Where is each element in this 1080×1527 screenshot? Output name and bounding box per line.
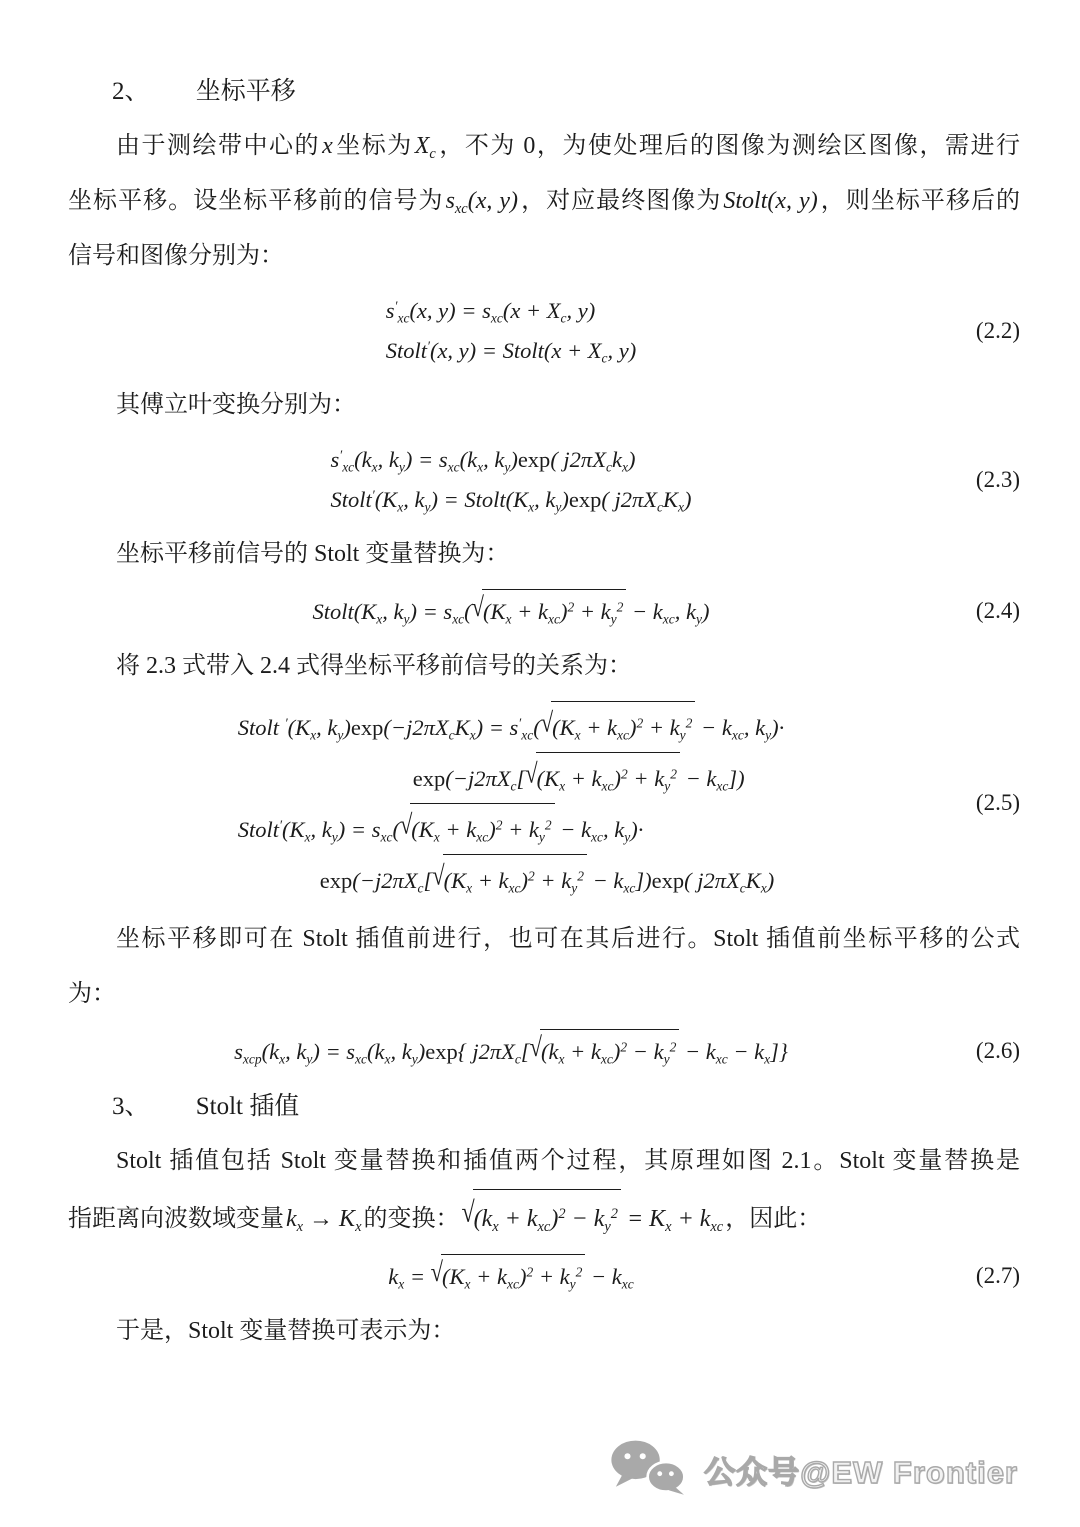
formula-line: s′xc(kx, ky) = sxc(kx, ky)exp( j2πXckx) [330, 440, 691, 480]
text-run: 由于测绘带中心的 [116, 133, 320, 159]
text-run: ，则坐标平移后的 [820, 188, 1020, 214]
equation-2-2: s′xc(x, y) = sxc(x + Xc, y)Stolt′(x, y) … [68, 291, 1020, 371]
text-run: 将 2.3 式带入 2.4 式得坐标平移前信号的关系为： [116, 653, 632, 679]
equation-number: (2.7) [954, 1263, 1020, 1289]
equation-body: Stolt(Kx, ky) = sxc(√(Kx + kxc)2 + ky2 −… [312, 589, 709, 632]
formula-line: kx = √(Kx + kxc)2 + ky2 − kxc [388, 1254, 634, 1297]
text-line: 由于测绘带中心的x坐标为Xc，不为 0，为使处理后的图像为测绘区图像，需进行 [68, 119, 1020, 174]
text-run: 的变换： [363, 1206, 459, 1232]
text-line: 其傅立叶变换分别为： [68, 378, 1020, 433]
formula-line: Stolt′(Kx, ky) = Stolt(Kx, ky)exp( j2πXc… [330, 480, 691, 520]
text-run: Stolt 插值包括 Stolt 变量替换和插值两个过程，其原理如图 2.1。S… [116, 1148, 1020, 1174]
equation-body: Stolt ′(Kx, ky)exp(−j2πXcKx) = s′xc(√(Kx… [238, 701, 784, 905]
inline-formula: x [320, 133, 335, 159]
section-number: 2、 [112, 64, 150, 119]
equation-number: (2.2) [954, 318, 1020, 344]
paragraph-shift: 坐标平移即可在 Stolt 插值前进行，也可在其后进行。Stolt 插值前坐标平… [68, 912, 1020, 1022]
text-run: 信号和图像分别为： [68, 243, 284, 269]
text-run: 为： [68, 981, 116, 1007]
section-heading-3: 3、 Stolt 插值 [68, 1079, 1020, 1134]
text-line: 坐标平移即可在 Stolt 插值前进行，也可在其后进行。Stolt 插值前坐标平… [68, 912, 1020, 967]
document-page: 2、 坐标平移 由于测绘带中心的x坐标为Xc，不为 0，为使处理后的图像为测绘区… [0, 0, 1080, 1527]
watermark-text: 公众号@EW Frontier [704, 1447, 1018, 1492]
text-run: 其傅立叶变换分别为： [116, 392, 356, 418]
text-line: 为： [68, 967, 1020, 1022]
lead-substitute: 将 2.3 式带入 2.4 式得坐标平移前信号的关系为： [68, 639, 1020, 694]
text-run: ，因此： [725, 1206, 821, 1232]
text-line: 指距离向波数域变量kx → Kx的变换：√(kx + kxc)2 − ky2 =… [68, 1189, 1020, 1247]
text-line: Stolt 插值包括 Stolt 变量替换和插值两个过程，其原理如图 2.1。S… [68, 1134, 1020, 1189]
formula-line: exp(−j2πXc[√(Kx + kxc)2 + ky2 − kxc])exp… [320, 854, 784, 905]
inline-formula: Xc [413, 133, 438, 159]
formula-line: Stolt(Kx, ky) = sxc(√(Kx + kxc)2 + ky2 −… [312, 589, 709, 632]
formula-line: Stolt′(x, y) = Stolt(x + Xc, y) [386, 331, 637, 371]
equation-body: kx = √(Kx + kxc)2 + ky2 − kxc [388, 1254, 634, 1297]
equation-2-7: kx = √(Kx + kxc)2 + ky2 − kxc (2.7) [68, 1254, 1020, 1297]
text-run: 坐标平移即可在 Stolt 插值前进行，也可在其后进行。Stolt 插值前坐标平… [116, 926, 1020, 952]
equation-2-5: Stolt ′(Kx, ky)exp(−j2πXcKx) = s′xc(√(Kx… [68, 701, 1020, 905]
inline-formula: kx → Kx [284, 1206, 363, 1232]
formula-line: Stolt ′(Kx, ky)exp(−j2πXcKx) = s′xc(√(Kx… [238, 701, 784, 752]
section-number: 3、 [112, 1079, 150, 1134]
formula-line: Stolt′(Kx, ky) = sxc(√(Kx + kxc)2 + ky2 … [238, 803, 784, 854]
text-run: 于是，Stolt 变量替换可表示为： [116, 1318, 455, 1344]
wechat-icon [606, 1438, 692, 1501]
paragraph-stolt-interp: Stolt 插值包括 Stolt 变量替换和插值两个过程，其原理如图 2.1。S… [68, 1134, 1020, 1247]
section-title: Stolt 插值 [196, 1079, 300, 1134]
equation-2-4: Stolt(Kx, ky) = sxc(√(Kx + kxc)2 + ky2 −… [68, 589, 1020, 632]
watermark: 公众号@EW Frontier [606, 1438, 1018, 1501]
text-run: ，对应最终图像为 [520, 188, 721, 214]
text-run: ，不为 0，为使处理后的图像为测绘区图像，需进行 [438, 133, 1020, 159]
equation-number: (2.5) [954, 790, 1020, 816]
text-line: 坐标平移前信号的 Stolt 变量替换为： [68, 527, 1020, 582]
paragraph-intro: 由于测绘带中心的x坐标为Xc，不为 0，为使处理后的图像为测绘区图像，需进行坐标… [68, 119, 1020, 284]
equation-body: s′xc(x, y) = sxc(x + Xc, y)Stolt′(x, y) … [386, 291, 637, 371]
inline-formula: sxc(x, y) [444, 188, 520, 214]
formula-line: s′xc(x, y) = sxc(x + Xc, y) [386, 291, 637, 331]
text-run: 坐标平移。设坐标平移前的信号为 [68, 188, 444, 214]
equation-2-3: s′xc(kx, ky) = sxc(kx, ky)exp( j2πXckx)S… [68, 440, 1020, 520]
text-run: 坐标为 [335, 133, 413, 159]
text-run: 指距离向波数域变量 [68, 1206, 284, 1232]
text-line: 于是，Stolt 变量替换可表示为： [68, 1304, 1020, 1359]
inline-formula: √(kx + kxc)2 − ky2 = Kx + kxc [459, 1206, 725, 1232]
lead-stolt-substitution: 坐标平移前信号的 Stolt 变量替换为： [68, 527, 1020, 582]
text-line: 将 2.3 式带入 2.4 式得坐标平移前信号的关系为： [68, 639, 1020, 694]
formula-line: sxcp(kx, ky) = sxc(kx, ky)exp{ j2πXc[√(k… [234, 1029, 788, 1072]
equation-number: (2.4) [954, 598, 1020, 624]
section-title: 坐标平移 [196, 64, 296, 119]
equation-number: (2.6) [954, 1038, 1020, 1064]
section-heading-2: 2、 坐标平移 [68, 64, 1020, 119]
lead-fourier: 其傅立叶变换分别为： [68, 378, 1020, 433]
equation-body: s′xc(kx, ky) = sxc(kx, ky)exp( j2πXckx)S… [330, 440, 691, 520]
text-run: 坐标平移前信号的 Stolt 变量替换为： [116, 541, 509, 567]
text-line: 信号和图像分别为： [68, 229, 1020, 284]
equation-2-6: sxcp(kx, ky) = sxc(kx, ky)exp{ j2πXc[√(k… [68, 1029, 1020, 1072]
inline-formula: Stolt(x, y) [721, 188, 819, 214]
equation-body: sxcp(kx, ky) = sxc(kx, ky)exp{ j2πXc[√(k… [234, 1029, 788, 1072]
formula-line: exp(−j2πXc[√(Kx + kxc)2 + ky2 − kxc]) [413, 752, 784, 803]
equation-number: (2.3) [954, 467, 1020, 493]
text-line: 坐标平移。设坐标平移前的信号为sxc(x, y)，对应最终图像为Stolt(x,… [68, 174, 1020, 229]
paragraph-thus: 于是，Stolt 变量替换可表示为： [68, 1304, 1020, 1359]
